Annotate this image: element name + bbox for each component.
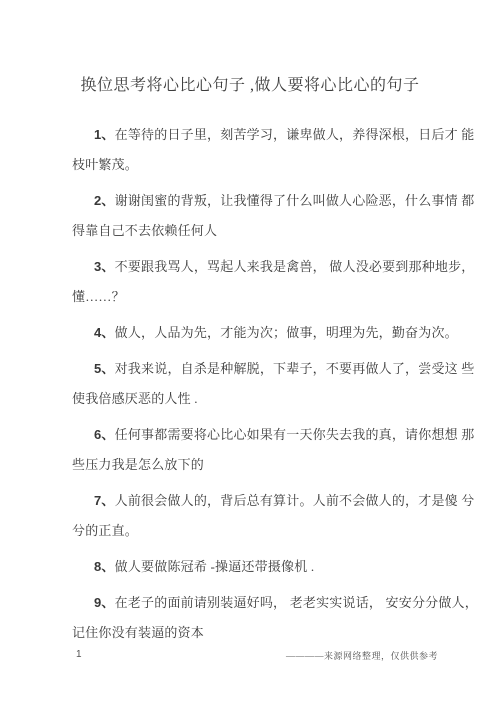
quote-line: 3、不要跟我骂人，骂起人来我是禽兽， 做人没必要到那种地步， [72, 252, 440, 282]
quote-line: 1、在等待的日子里，刻苦学习，谦卑做人，养得深根，日后才 能 [72, 120, 440, 150]
source-note: ————来源网络整理，仅供供参考 [286, 649, 438, 662]
quote-line: 使我倍感厌恶的人性 . [72, 384, 440, 414]
quote-line: 枝叶繁茂。 [72, 150, 440, 180]
quote-line: 7、人前很会做人的，背后总有算计。人前不会做人的，才是傻 兮 [72, 486, 440, 516]
quote-text: 做人要做陈冠希 -操逼还带摄像机 . [115, 559, 315, 574]
quote-paragraph: 8、做人要做陈冠希 -操逼还带摄像机 . [72, 552, 440, 582]
document-page: 换位思考将心比心句子 ,做人要将心比心的句子 1、在等待的日子里，刻苦学习，谦卑… [0, 0, 500, 708]
item-number: 9、 [94, 595, 115, 610]
quote-paragraph: 2、谢谢闺蜜的背叛，让我懂得了什么叫做人心险恶，什么事情 都 得靠自己不去依赖任… [72, 186, 440, 246]
quote-text: 在等待的日子里，刻苦学习，谦卑做人，养得深根，日后才 能 [115, 127, 475, 142]
item-number: 4、 [94, 325, 115, 340]
quote-line: 懂……？ [72, 282, 440, 312]
quote-line: 记住你没有装逼的资本 [72, 618, 440, 648]
quote-line: 兮的正直。 [72, 516, 440, 546]
quote-paragraph: 4、做人，人品为先，才能为次；做事，明理为先，勤奋为次。 [72, 318, 440, 348]
item-number: 1、 [94, 127, 115, 142]
quote-text: 对我来说，自杀是种解脱，下辈子，不要再做人了，尝受这 些 [115, 361, 475, 376]
quote-line: 8、做人要做陈冠希 -操逼还带摄像机 . [72, 552, 440, 582]
quote-paragraph: 9、在老子的面前请别装逼好吗， 老老实实说话， 安安分分做人， 记住你没有装逼的… [72, 588, 440, 648]
quote-text: 做人，人品为先，才能为次；做事，明理为先，勤奋为次。 [115, 325, 458, 340]
quote-paragraph: 6、任何事都需要将心比心如果有一天你失去我的真，请你想想 那 些压力我是怎么放下… [72, 420, 440, 480]
page-number: 1 [76, 649, 82, 660]
quote-text: 任何事都需要将心比心如果有一天你失去我的真，请你想想 那 [115, 427, 475, 442]
quote-line: 得靠自己不去依赖任何人 [72, 216, 440, 246]
quote-text: 不要跟我骂人，骂起人来我是禽兽， 做人没必要到那种地步， [115, 259, 475, 274]
item-number: 5、 [94, 361, 115, 376]
item-number: 8、 [94, 559, 115, 574]
page-footer: 1 ————来源网络整理，仅供供参考 [76, 649, 438, 662]
quote-line: 2、谢谢闺蜜的背叛，让我懂得了什么叫做人心险恶，什么事情 都 [72, 186, 440, 216]
document-title: 换位思考将心比心句子 ,做人要将心比心的句子 [0, 0, 500, 95]
quote-line: 6、任何事都需要将心比心如果有一天你失去我的真，请你想想 那 [72, 420, 440, 450]
quote-line: 5、对我来说，自杀是种解脱，下辈子，不要再做人了，尝受这 些 [72, 354, 440, 384]
quote-line: 些压力我是怎么放下的 [72, 450, 440, 480]
item-number: 3、 [94, 259, 115, 274]
item-number: 6、 [94, 427, 115, 442]
quote-line: 4、做人，人品为先，才能为次；做事，明理为先，勤奋为次。 [72, 318, 440, 348]
item-number: 7、 [94, 493, 115, 508]
quote-text: 人前很会做人的，背后总有算计。人前不会做人的，才是傻 兮 [115, 493, 475, 508]
item-number: 2、 [94, 193, 115, 208]
quote-paragraph: 1、在等待的日子里，刻苦学习，谦卑做人，养得深根，日后才 能 枝叶繁茂。 [72, 120, 440, 180]
quote-text: 谢谢闺蜜的背叛，让我懂得了什么叫做人心险恶，什么事情 都 [115, 193, 475, 208]
quote-paragraph: 3、不要跟我骂人，骂起人来我是禽兽， 做人没必要到那种地步， 懂……？ [72, 252, 440, 312]
quote-line: 9、在老子的面前请别装逼好吗， 老老实实说话， 安安分分做人， [72, 588, 440, 618]
quote-paragraph: 5、对我来说，自杀是种解脱，下辈子，不要再做人了，尝受这 些 使我倍感厌恶的人性… [72, 354, 440, 414]
quote-text: 在老子的面前请别装逼好吗， 老老实实说话， 安安分分做人， [115, 595, 478, 610]
quote-paragraph: 7、人前很会做人的，背后总有算计。人前不会做人的，才是傻 兮 兮的正直。 [72, 486, 440, 546]
quote-list: 1、在等待的日子里，刻苦学习，谦卑做人，养得深根，日后才 能 枝叶繁茂。 2、谢… [72, 120, 440, 648]
